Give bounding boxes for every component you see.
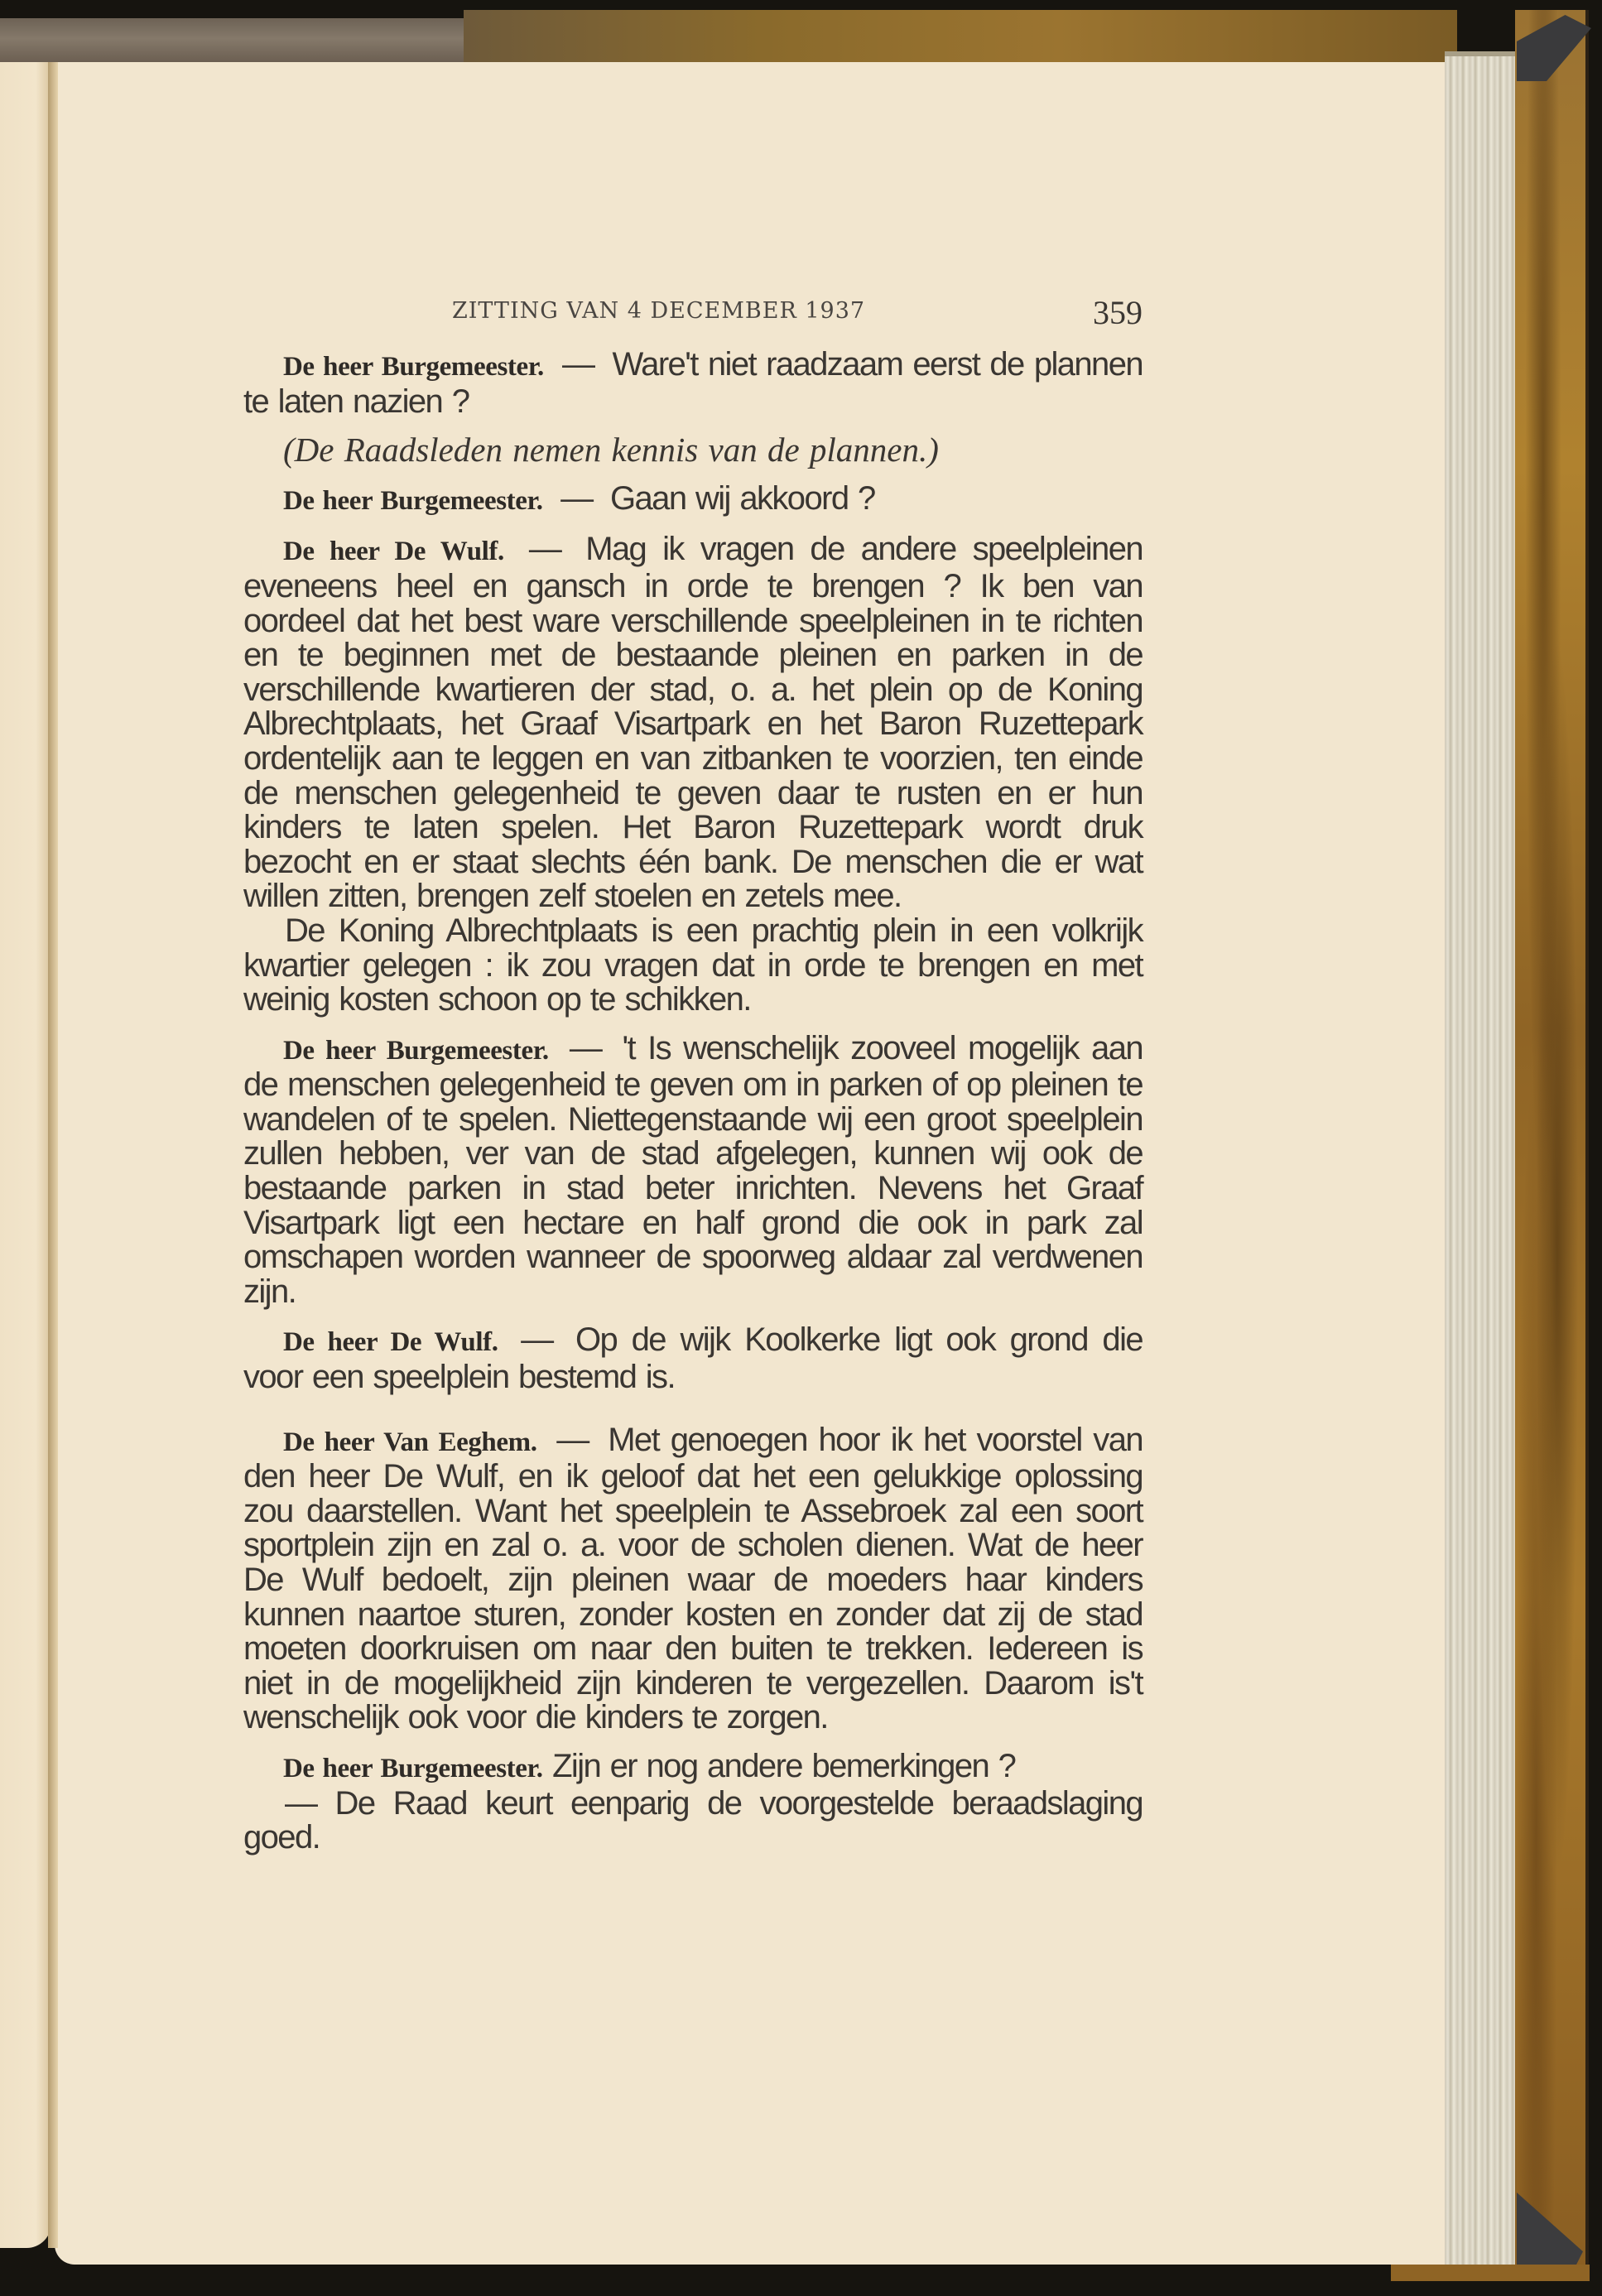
paragraph-text: Gaan wij akkoord ? <box>610 480 875 517</box>
dash-separator: — <box>556 1422 588 1458</box>
speaker-name: De heer Burgemeester. <box>243 1754 543 1783</box>
paragraph: De heer Burgemeester. — Gaan wij akkoord… <box>243 482 1143 519</box>
speaker-name: De heer Van Eeghem. <box>243 1427 537 1457</box>
paragraph: De heer De Wulf. — Mag ik vragen de ande… <box>243 532 1143 914</box>
speaker-name: De heer Burgemeester. <box>243 486 543 516</box>
paragraph: De heer De Wulf. — Op de wijk Koolkerke … <box>243 1323 1143 1394</box>
running-title: ZITTING VAN 4 DECEMBER 1937 <box>452 298 865 324</box>
page-text-block: ZITTING VAN 4 DECEMBER 1937 359 De heer … <box>243 282 1143 1856</box>
paragraph-text: Zijn er nog andere bemerkingen ? <box>552 1748 1015 1784</box>
paragraph: De heer Burgemeester. — Ware't niet raad… <box>243 348 1143 419</box>
bottom-cover-edge <box>1391 2265 1590 2281</box>
paragraph: De heer Van Eeghem. — Met genoegen hoor … <box>243 1423 1143 1735</box>
page-stack-edge <box>1445 51 1515 2265</box>
stage-direction: (De Raadsleden nemen kennis van de plann… <box>243 433 1143 468</box>
speaker-name: De heer De Wulf. <box>243 537 504 566</box>
speaker-name: De heer De Wulf. <box>243 1327 498 1357</box>
paragraph: De heer Burgemeester. — 't Is wenschelij… <box>243 1032 1143 1310</box>
dash-separator: — <box>521 1321 552 1358</box>
paragraph-text: Mag ik vragen de andere speelpleinen eve… <box>243 531 1143 914</box>
dash-separator: — <box>560 480 592 517</box>
paragraph-continuation: De Koning Albrechtplaats is een prachtig… <box>243 914 1143 1018</box>
left-page-edge <box>0 62 51 2248</box>
dash-separator: — <box>570 1030 601 1066</box>
council-decision: — De Raad keurt eenparig de voorgestelde… <box>243 1787 1143 1856</box>
paragraph-text: Met genoegen hoor ik het voorstel van de… <box>243 1422 1143 1736</box>
top-cover-edge <box>464 10 1457 64</box>
page-number: 359 <box>1093 293 1143 332</box>
page-gutter <box>48 62 58 2248</box>
top-binding-cloth <box>0 18 497 64</box>
paragraph-text: 't Is wenschelijk zooveel mogelijk aan d… <box>243 1030 1143 1310</box>
dash-separator: — <box>562 346 594 383</box>
speaker-name: De heer Burgemeester. <box>243 352 544 382</box>
dash-separator: — <box>529 531 560 567</box>
speaker-name: De heer Burgemeester. <box>243 1036 549 1066</box>
paragraph: De heer Burgemeester. Zijn er nog andere… <box>243 1750 1143 1787</box>
marbled-cover <box>1515 10 1589 2279</box>
running-head: ZITTING VAN 4 DECEMBER 1937 359 <box>243 282 1143 348</box>
